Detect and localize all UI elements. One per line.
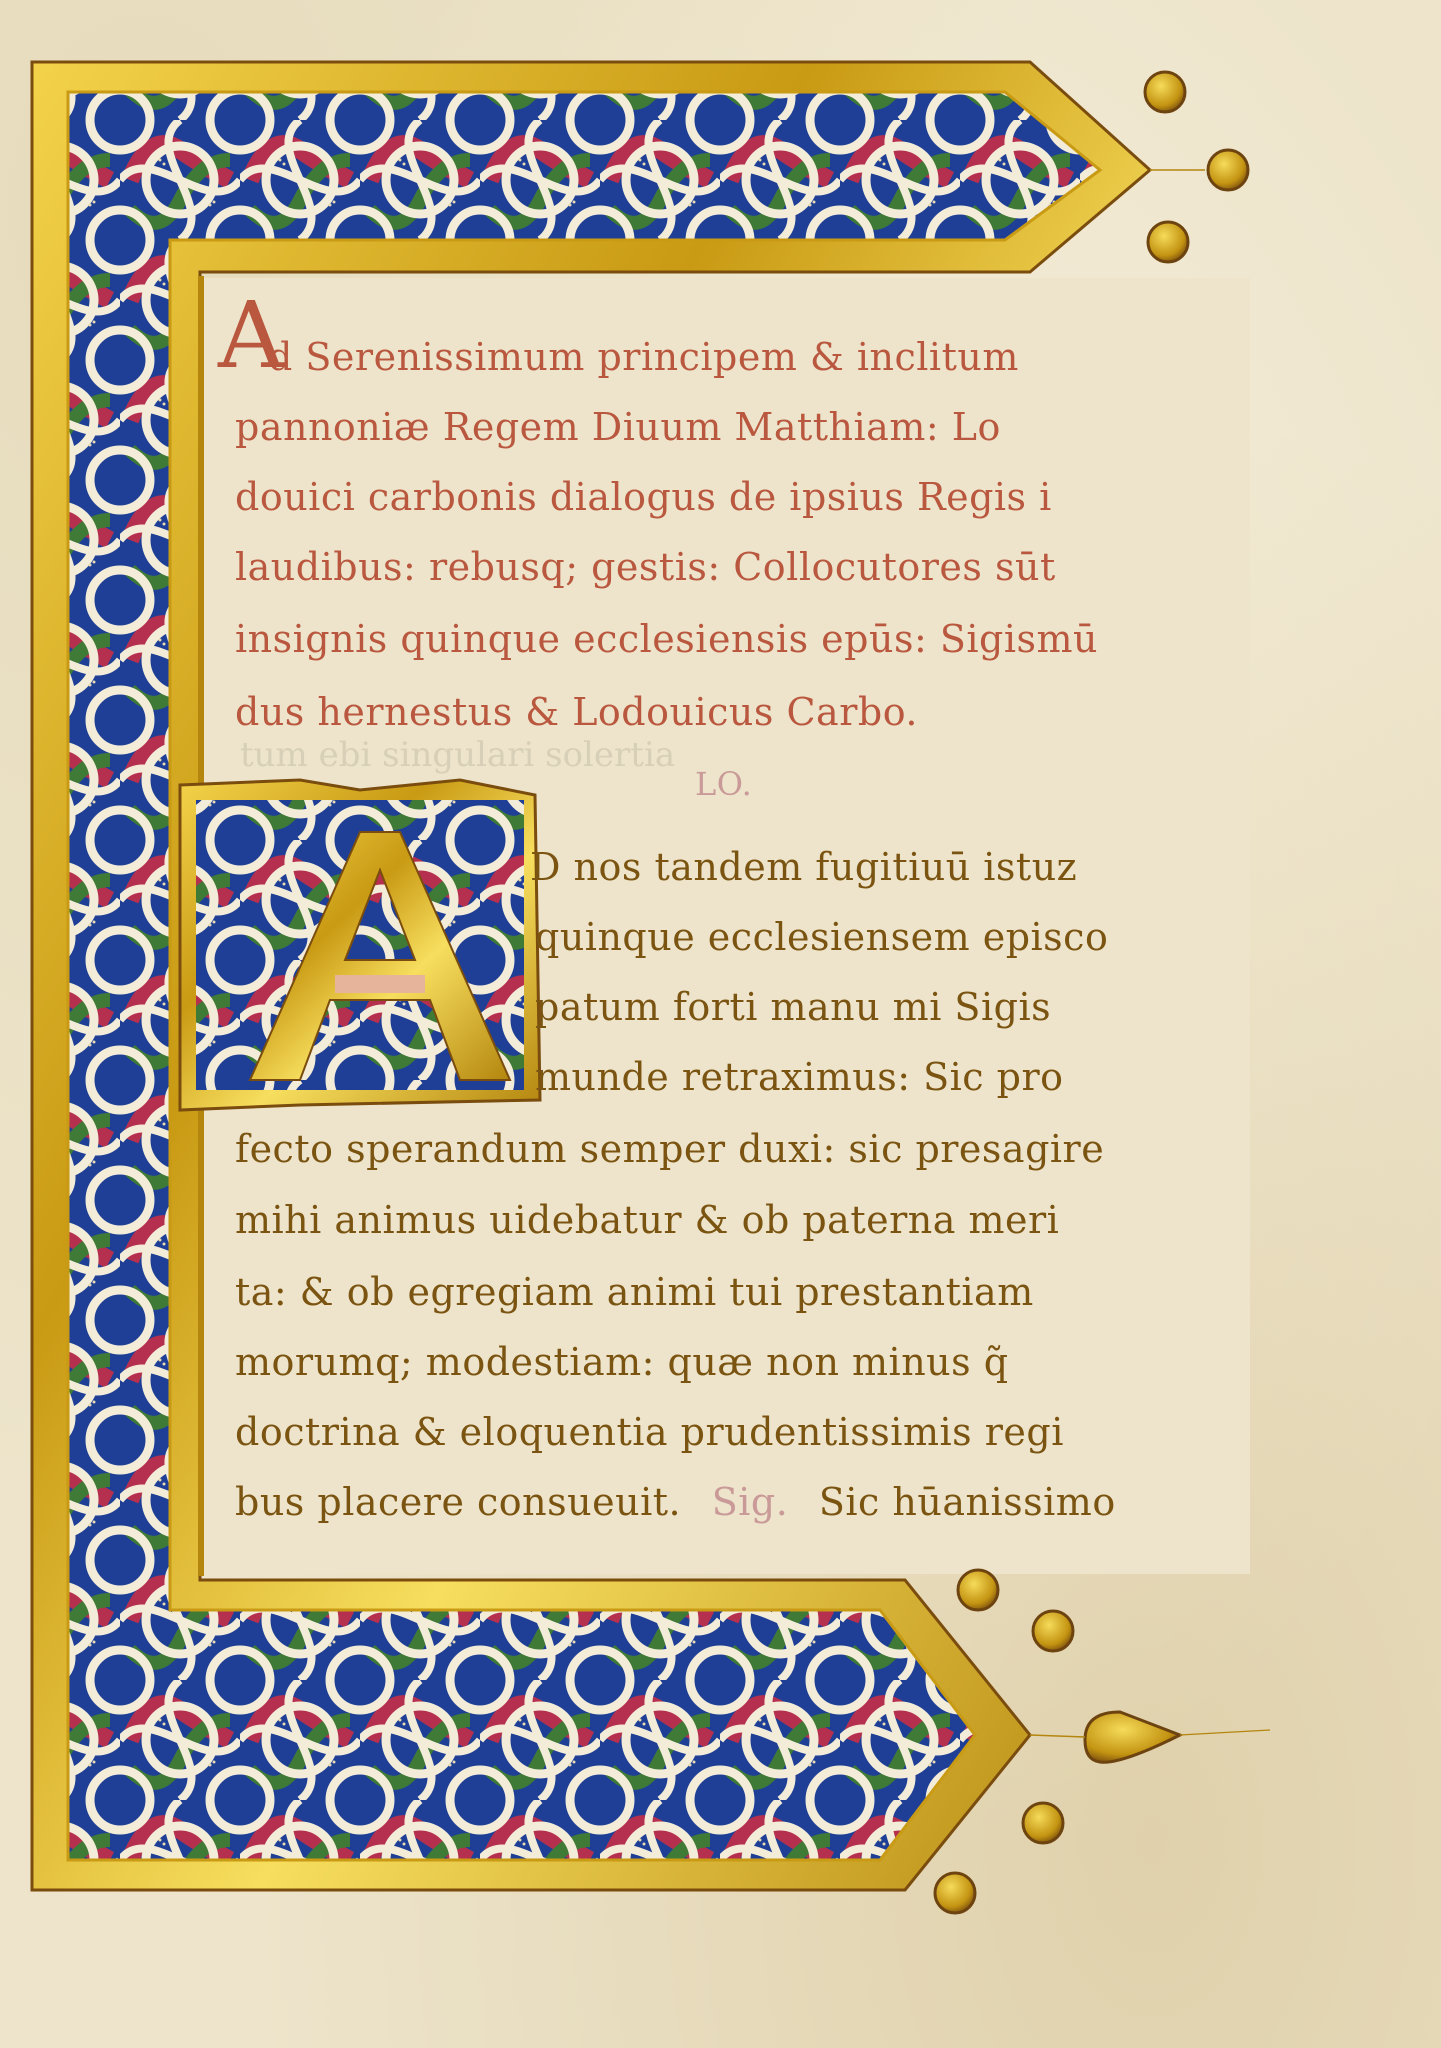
gold-dot-icon xyxy=(958,1570,998,1610)
body-line: quinque ecclesiensem episco xyxy=(535,915,1108,959)
manuscript-page: tum ebi singulari solertia A d Serenissi… xyxy=(0,0,1441,2048)
top-gilded-dots xyxy=(1145,72,1248,262)
body-line-last: bus placere consueuit. Sig. Sic hūanissi… xyxy=(235,1480,1116,1524)
heading-line: laudibus: rebusq; gestis: Collocutores s… xyxy=(235,545,1056,589)
show-through-text: tum ebi singulari solertia xyxy=(240,735,675,775)
body-line: mihi animus uidebatur & ob paterna meri xyxy=(235,1198,1059,1242)
decorated-initial-box xyxy=(180,780,540,1110)
body-line: patum forti manu mi Sigis xyxy=(535,985,1051,1029)
gold-teardrop-icon xyxy=(1085,1712,1180,1762)
gold-dot-icon xyxy=(1148,222,1188,262)
body-line: D nos tandem fugitiuū istuz xyxy=(530,845,1077,889)
speaker-label: Sig. xyxy=(712,1480,789,1524)
gold-dot-icon xyxy=(1023,1803,1063,1843)
body-line: ta: & ob egregiam animi tui prestantiam xyxy=(235,1270,1034,1314)
gold-dot-icon xyxy=(935,1873,975,1913)
gold-dot-icon xyxy=(1145,72,1185,112)
body-line: morumq; modestiam: quæ non minus q̃ xyxy=(235,1340,1009,1384)
body-line-tail: Sic hūanissimo xyxy=(819,1480,1116,1524)
heading-line: insignis quinque ecclesiensis epūs: Sigi… xyxy=(235,617,1098,661)
heading-line: douici carbonis dialogus de ipsius Regis… xyxy=(235,475,1052,519)
heading-line: pannoniæ Regem Diuum Matthiam: Lo xyxy=(235,405,1001,449)
body-line: fecto sperandum semper duxi: sic presagi… xyxy=(235,1127,1104,1171)
gold-dot-icon xyxy=(1033,1611,1073,1651)
heading-line: dus hernestus & Lodouicus Carbo. xyxy=(235,690,918,734)
section-label: LO. xyxy=(695,765,752,803)
body-line: munde retraximus: Sic pro xyxy=(535,1055,1064,1099)
heading-line: d Serenissimum principem & inclitum xyxy=(268,335,1019,379)
body-line: doctrina & eloquentia prudentissimis reg… xyxy=(235,1410,1064,1454)
gold-dot-icon xyxy=(1208,150,1248,190)
body-line-text: bus placere consueuit. xyxy=(235,1480,681,1524)
